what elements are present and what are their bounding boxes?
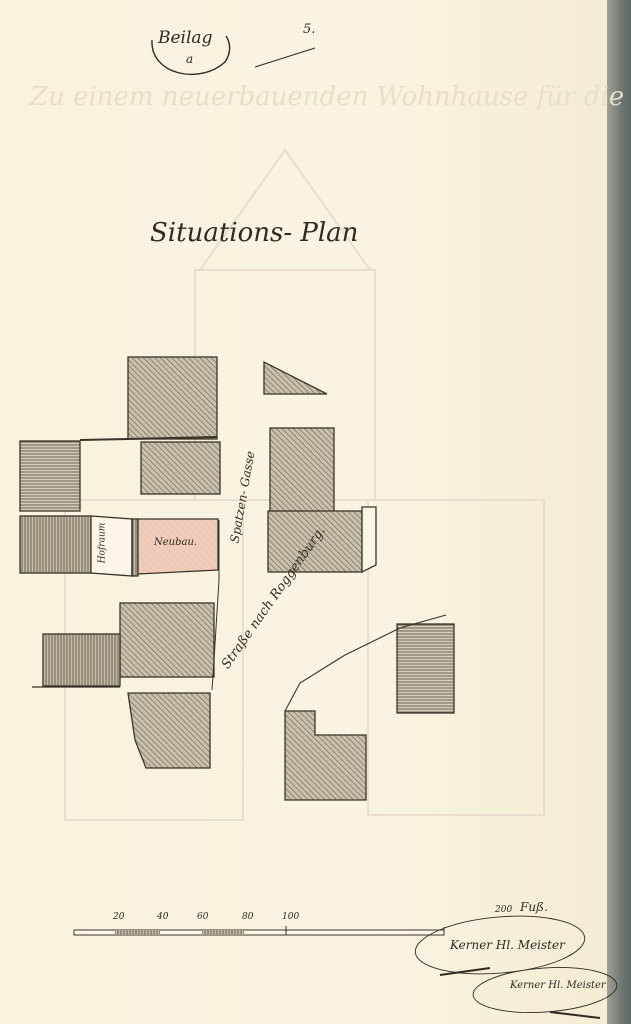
page-title: Situations- Plan [150, 218, 358, 248]
building [141, 442, 220, 494]
label-new-building: Neubau. [154, 537, 197, 548]
building [285, 711, 366, 800]
scale-tick-60: 60 [197, 912, 208, 922]
building [264, 362, 327, 394]
signature-1: Kerner Hl. Meister [450, 938, 565, 952]
building [128, 693, 210, 768]
scale-bar [74, 926, 444, 935]
building [120, 603, 214, 677]
page-number: 5. [303, 22, 315, 37]
signature-2: Kerner Hl. Meister [510, 980, 606, 991]
building [128, 357, 217, 439]
label-courtyard: Hofraum [97, 523, 107, 564]
scale-tick-100: 100 [282, 912, 299, 922]
building-annex [362, 507, 376, 572]
scale-end-label: 200 [495, 905, 512, 915]
scale-tick-20: 20 [113, 912, 124, 922]
building [270, 428, 334, 512]
annex-label: Beilag [158, 28, 212, 48]
scale-tick-40: 40 [157, 912, 168, 922]
building [132, 519, 138, 576]
building [43, 634, 120, 686]
building [397, 624, 454, 713]
building [20, 516, 91, 573]
building [20, 441, 80, 511]
annex-letter: a [186, 52, 193, 66]
scale-unit: Fuß. [520, 900, 548, 914]
scale-tick-80: 80 [242, 912, 253, 922]
site-plan-drawing [0, 0, 631, 1024]
